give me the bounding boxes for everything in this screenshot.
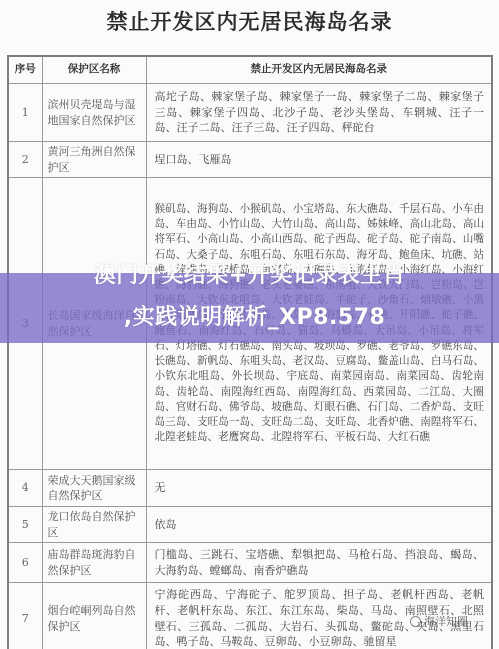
overlay-headline-line2: ,实践说明解析_XP8.578 [5, 300, 499, 331]
row-reserve-name: 滨州贝壳堤岛与湿地国家自然保护区 [42, 84, 146, 142]
row-islands: 埕口岛、飞雁岛 [146, 142, 492, 178]
document-title: 禁止开发区内无居民海岛名录 [0, 6, 499, 36]
table-header-row: 序号 保护区名称 禁止开发区内无居民海岛名录 [8, 56, 492, 84]
header-islands: 禁止开发区内无居民海岛名录 [146, 56, 492, 84]
row-no: 5 [8, 507, 42, 543]
row-no: 7 [8, 583, 42, 649]
table-row: 5 龙口依岛自然保护区 依岛 [8, 507, 492, 543]
overlay-headline-line1: 澳门开奖结果+开奖记录表生肖 [0, 258, 499, 289]
table-row: 1 滨州贝壳堤岛与湿地国家自然保护区 高坨子岛、棘家堡子岛、棘家堡子一岛、棘家堡… [8, 84, 492, 142]
wechat-icon [410, 616, 421, 627]
header-no: 序号 [8, 56, 42, 84]
row-no: 4 [8, 470, 42, 507]
row-reserve-name: 烟台崆峒列岛自然保护区 [42, 583, 146, 649]
row-islands: 无 [146, 470, 492, 507]
table-row: 2 黄河三角洲自然保护区 埕口岛、飞雁岛 [8, 142, 492, 178]
row-reserve-name: 黄河三角洲自然保护区 [42, 142, 146, 178]
header-name: 保护区名称 [42, 56, 146, 84]
table-row: 6 庙岛群岛斑海豹自然保护区 门槛岛、三跳石、宝塔礁、犁犋把岛、马枪石岛、挡浪岛… [8, 543, 492, 583]
row-reserve-name: 龙口依岛自然保护区 [42, 507, 146, 543]
row-no: 6 [8, 543, 42, 583]
row-islands: 依岛 [146, 507, 492, 543]
table-row: 4 荣成大天鹅国家级自然保护区 无 [8, 470, 492, 507]
watermark: 海洋知圈 [410, 613, 468, 629]
row-no: 2 [8, 142, 42, 178]
row-islands: 高坨子岛、棘家堡子岛、棘家堡子一岛、棘家堡子二岛、棘家堡子三岛、棘家堡子四岛、北… [146, 84, 492, 142]
row-islands: 门槛岛、三跳石、宝塔礁、犁犋把岛、马枪石岛、挡浪岛、蝎岛、大海豹岛、螳螂岛、南香… [146, 543, 492, 583]
watermark-text: 海洋知圈 [424, 613, 468, 629]
row-no: 1 [8, 84, 42, 142]
row-reserve-name: 庙岛群岛斑海豹自然保护区 [42, 543, 146, 583]
row-reserve-name: 荣成大天鹅国家级自然保护区 [42, 470, 146, 507]
island-table: 序号 保护区名称 禁止开发区内无居民海岛名录 1 滨州贝壳堤岛与湿地国家自然保护… [7, 55, 493, 649]
